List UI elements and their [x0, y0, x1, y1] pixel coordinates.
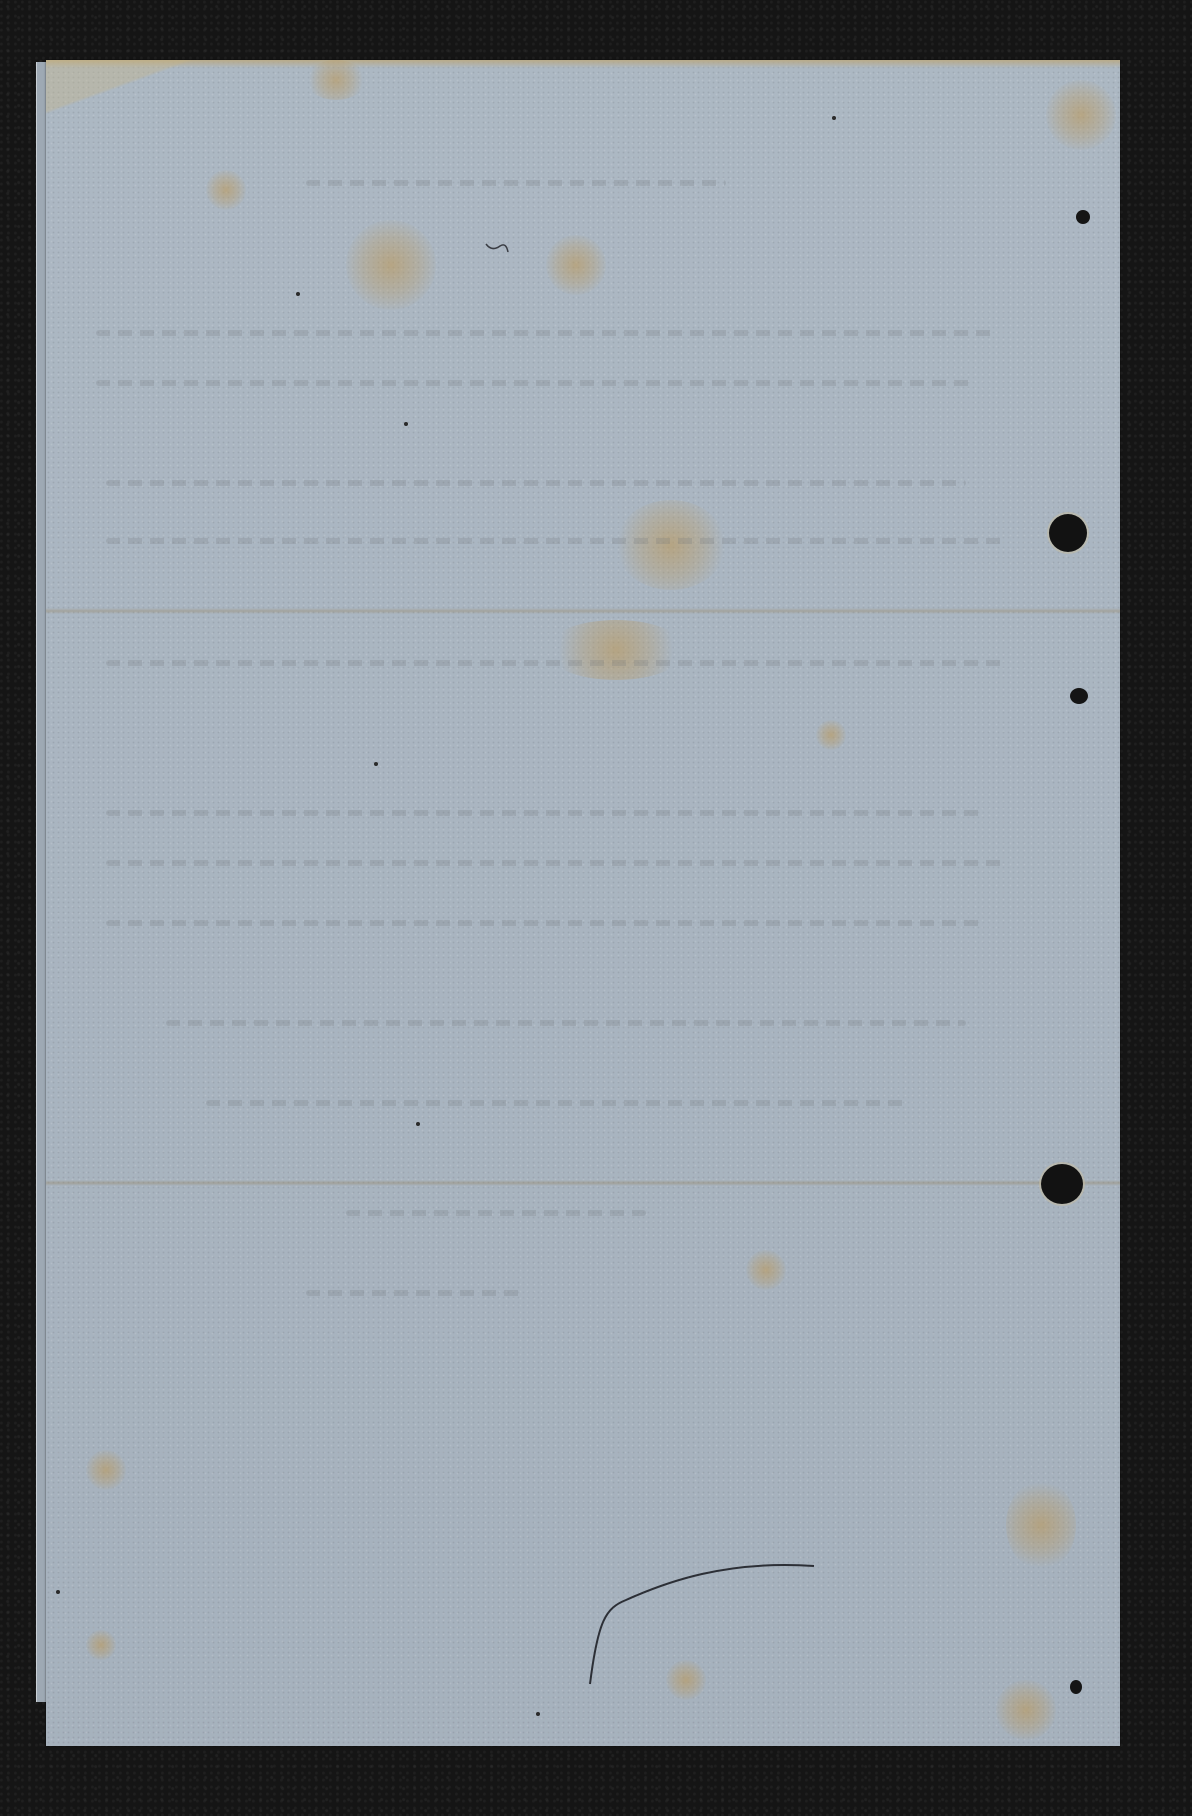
pin-hole-bottom: [1070, 1680, 1082, 1694]
paper-texture: [46, 60, 1120, 1746]
ink-speck: [296, 292, 300, 296]
bleed-through-text: [96, 380, 976, 386]
bleed-through-text: [106, 480, 966, 486]
paper-sheet: [46, 60, 1120, 1746]
foxing-stain: [816, 720, 846, 750]
ink-speck: [832, 116, 836, 120]
fold-line-upper: [46, 608, 1120, 614]
foxing-stain: [666, 1660, 706, 1700]
bleed-through-text: [306, 1290, 526, 1296]
foxing-stain: [616, 500, 726, 590]
ink-speck: [404, 422, 408, 426]
punch-hole-upper: [1049, 514, 1087, 552]
foxing-stain: [546, 620, 686, 680]
ink-speck: [536, 1712, 540, 1716]
foxing-stain: [1006, 1480, 1076, 1570]
bleed-through-text: [106, 660, 1006, 666]
bleed-through-text: [106, 538, 1006, 544]
bleed-through-text: [106, 860, 1006, 866]
punch-hole-lower: [1041, 1164, 1083, 1204]
foxing-stain: [746, 1250, 786, 1290]
ink-speck: [416, 1122, 420, 1126]
ink-speck: [374, 762, 378, 766]
bleed-through-text: [306, 180, 726, 186]
scan-background: scanned manuscript page (verso, blank) R…: [0, 0, 1192, 1816]
pin-hole-middle: [1070, 688, 1088, 704]
bleed-through-text: [106, 920, 986, 926]
ink-speck: [56, 1590, 60, 1594]
fold-line-lower: [46, 1180, 1120, 1186]
foxing-stain: [86, 1630, 116, 1660]
bleed-through-text: [206, 1100, 906, 1106]
foxing-stain: [306, 60, 366, 100]
foxing-stain: [86, 1450, 126, 1490]
foxing-stain: [996, 1680, 1056, 1740]
pin-hole-top: [1076, 210, 1090, 224]
foxing-stain: [206, 170, 246, 210]
document-type: scanned manuscript page (verso, blank): [0, 0, 1, 1]
bleed-through-text: [96, 330, 996, 336]
document-description: Reverse side of an aged blue-grey paper …: [0, 0, 1, 1]
corner-crease: [46, 60, 266, 150]
bleed-through-text: [166, 1020, 966, 1026]
foxing-stain: [546, 235, 606, 295]
pen-stroke-mark: [46, 60, 1120, 1746]
bleed-through-text: [346, 1210, 646, 1216]
foxing-stain: [346, 220, 436, 310]
bleed-through-text: [106, 810, 986, 816]
foxing-stain: [1046, 80, 1116, 150]
